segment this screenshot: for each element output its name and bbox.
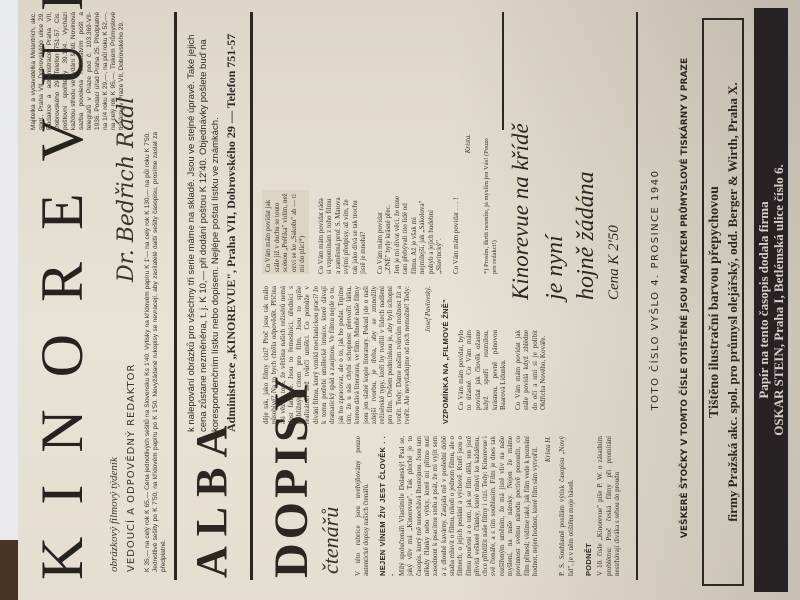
- price-info: K 35,— na celý rok K 65,— Cena jednotliv…: [144, 132, 168, 572]
- article-signature: Krista H.: [544, 436, 552, 576]
- poem-2: Co Vám mám povídat ráda si vzpomínám z t…: [317, 194, 368, 274]
- column-2-signature: Josef Pavlovský.: [424, 286, 432, 424]
- poem-1: Co Vám mám povídat jak stále již v duchu…: [262, 190, 309, 274]
- poem-footnote: *) Prosím, škrtit nesmíte, já myslím jen…: [483, 134, 500, 274]
- ad-price: Cena K 2'50: [606, 10, 623, 300]
- vzpominka-verse-1: Co Vám mám povídat, bylo to úžasné. Co V…: [457, 330, 508, 410]
- article-text: Milý spolučtenáři Vlastimile Dolanský! P…: [398, 436, 544, 576]
- divider-masthead: [174, 12, 177, 580]
- column-2-text: děje tak, jako filmy cizí? Proč jsou tak…: [262, 286, 412, 424]
- ad-line-2: je nyní: [542, 10, 569, 300]
- editor-label: VEDOUCÍ A ODPOVĚDNÝ REDAKTOR: [126, 364, 137, 572]
- podnet-heading: PODNĚT: [585, 436, 593, 576]
- column-3: Co Vám mám povídat jak stále již v duchu…: [262, 134, 500, 274]
- poem-signature: Krista.: [464, 134, 473, 274]
- podnet-text: V 10. čísle „Kinorevue" píše P. W. o zás…: [596, 436, 621, 576]
- kinorevue-ad: Kinorevue na křídě je nyní hojně žádána …: [508, 10, 623, 300]
- blocks-ownership-line: VEŠKERÉ ŠTOČKY V TOMTO ČÍSLE OTIŠTĚNÉ JS…: [680, 8, 690, 588]
- vzpominka-verse-2: Co Vám mám povídat jak stále povídá když…: [514, 330, 548, 410]
- magazine-page: KINOREVUE obrázkový filmový týdeník VEDO…: [18, 0, 800, 600]
- print-line-2: firmy Pražská akc. spol. pro průmysl ole…: [724, 20, 742, 584]
- masthead-subtitle: obrázkový filmový týdeník: [108, 457, 120, 572]
- divider-alba: [250, 12, 253, 580]
- dopisy-subtitle: čtenářů: [318, 507, 344, 574]
- alba-title: ALBA: [186, 416, 237, 578]
- printing-ink-box: Tištěno ilustrační barvou přepychovou fi…: [702, 18, 744, 586]
- dopisy-intro: V této rubrice jsou uveřejňovány pouze a…: [354, 436, 371, 576]
- divider-footer: [636, 12, 638, 580]
- paper-supplier-bar: Papír na tento časopis dodala firma OSKA…: [754, 8, 788, 592]
- ps-text: P. S. Souhlasně posílám výtisk časopisu …: [558, 436, 575, 576]
- column-1: V této rubrice jsou uveřejňovány pouze a…: [354, 436, 621, 576]
- administration-line: Administrace „KINOREVUE", Praha VII, Dob…: [224, 34, 239, 432]
- paper-line-2: OSKAR STEIN, Praha I, Betlémská ulice čí…: [771, 8, 786, 592]
- divider-ad: [502, 12, 504, 130]
- poem-3: Co Vám mám povídat „ZNÉ" byly krásné pře…: [376, 194, 444, 274]
- vzpominka-heading: VZPOMÍNKA NA „FILMOVÉ ŽNĚ": [442, 286, 450, 424]
- ad-line-1: Kinorevue na křídě: [508, 10, 534, 300]
- column-2: děje tak, jako filmy cizí? Proč jsou tak…: [262, 286, 548, 424]
- article-heading: NEJEN VÍNEM ŽIV JEST ČLOVĚK . . .: [379, 436, 396, 576]
- issue-date-line: TOTO ČÍSLO VYŠLO 4. PROSINCE 1940: [650, 10, 661, 570]
- ad-line-3: hojně žádána: [573, 10, 600, 300]
- alba-body: k nalepování obrázků pro všechny tři ser…: [186, 12, 222, 432]
- page-photo: KINOREVUE obrázkový filmový týdeník VEDO…: [18, 0, 800, 600]
- publisher-info-box: Majitelka a vydavatelka Melantrich, akc.…: [30, 12, 126, 130]
- poem-4: Co Vám mám povídat . . . !: [452, 134, 461, 274]
- print-line-1: Tištěno ilustrační barvou přepychovou: [706, 20, 724, 584]
- paper-line-1: Papír na tento časopis dodala firma: [756, 8, 771, 592]
